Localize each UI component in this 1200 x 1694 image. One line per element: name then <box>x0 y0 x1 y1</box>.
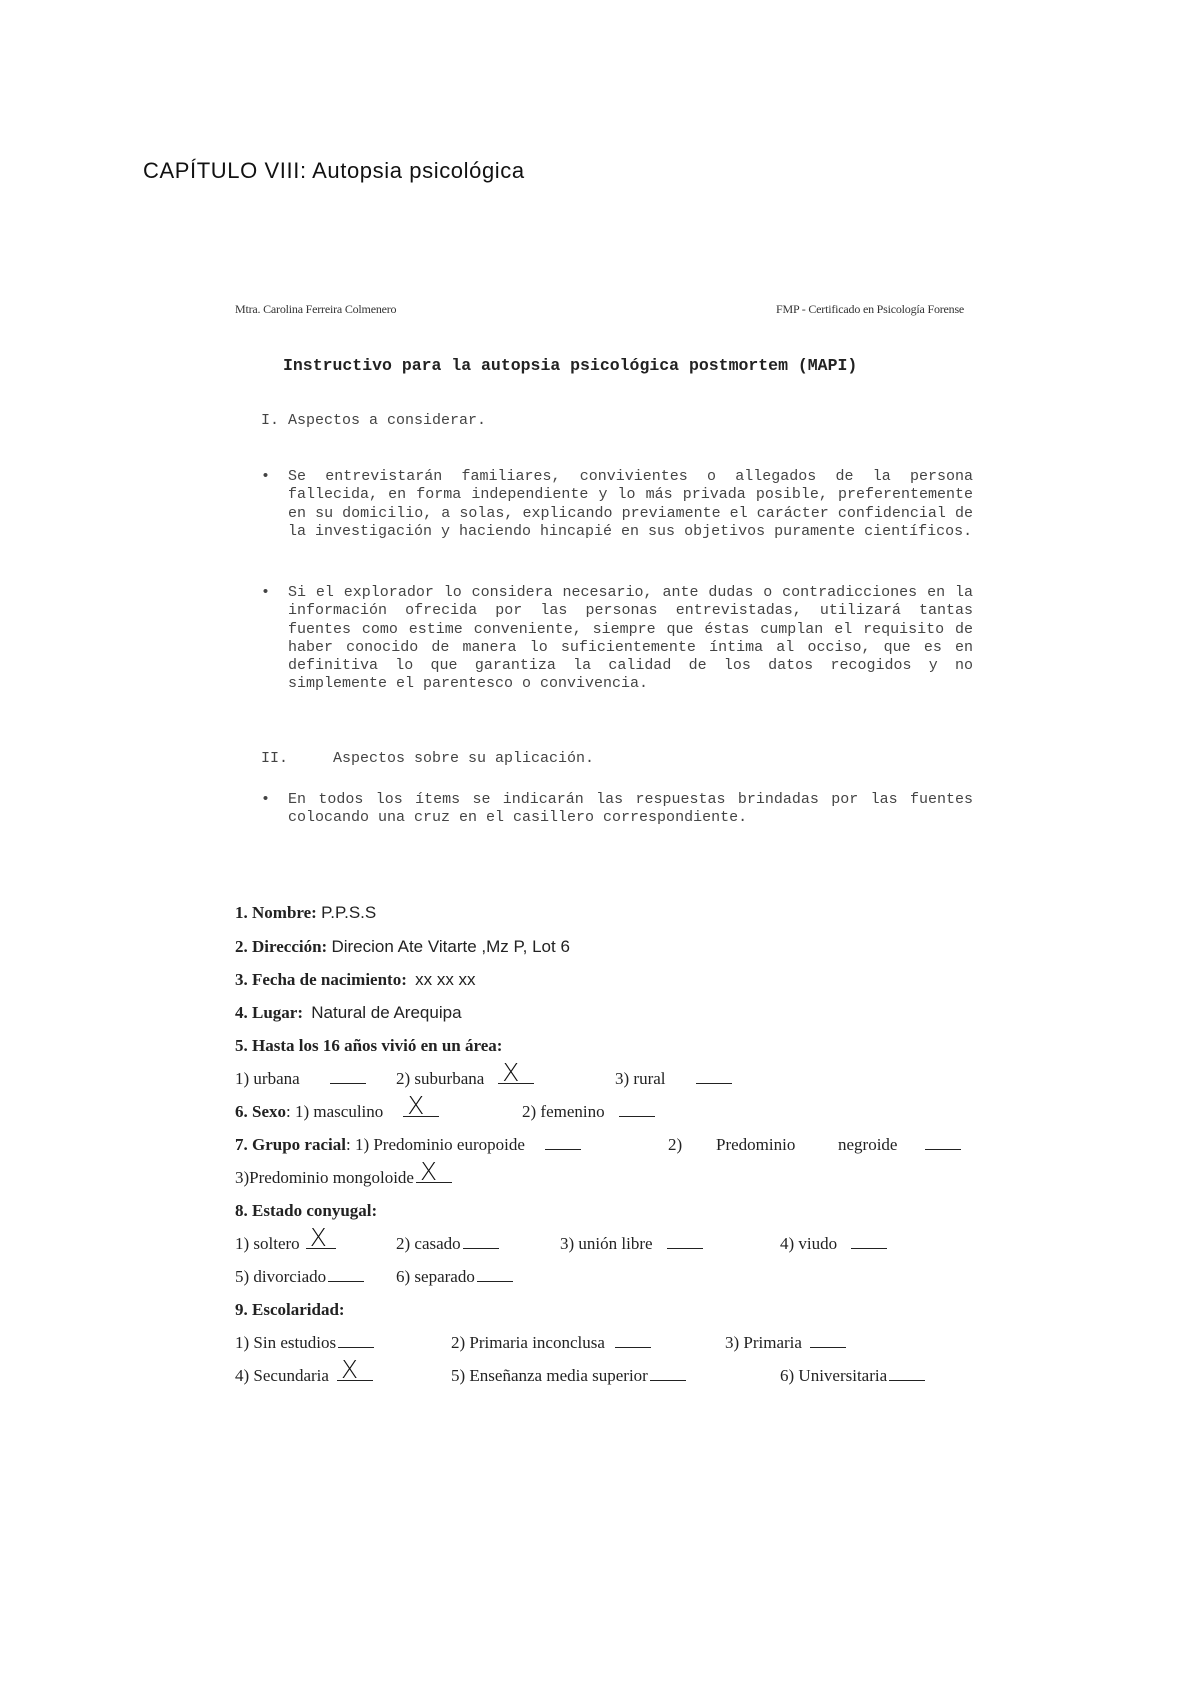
bullet-text: Si el explorador lo considera necesario,… <box>288 584 973 694</box>
option-primaria[interactable]: 3) Primaria <box>725 1333 846 1353</box>
option-label: 1) Sin estudios <box>235 1333 336 1352</box>
option-label: 2) Primaria inconclusa <box>451 1333 605 1352</box>
field-lugar: 4. Lugar: Natural de Arequipa <box>235 1003 462 1023</box>
option-label: negroide <box>838 1135 897 1154</box>
option-primaria-inconclusa[interactable]: 2) Primaria inconclusa <box>451 1333 651 1353</box>
option-viudo[interactable]: 4) viudo <box>780 1234 887 1254</box>
option-label: 2) casado <box>396 1234 461 1253</box>
option-label: 2) suburbana <box>396 1069 484 1088</box>
option-urbana[interactable]: 1) urbana <box>235 1069 366 1089</box>
field-escolaridad-label: 9. Escolaridad: <box>235 1300 345 1320</box>
checkbox-blank[interactable] <box>650 1366 686 1381</box>
option-label: 3) rural <box>615 1069 666 1088</box>
field-fecha-nacimiento: 3. Fecha de nacimiento: xx xx xx <box>235 970 476 990</box>
document-header-author: Mtra. Carolina Ferreira Colmenero <box>235 302 396 317</box>
checkbox-blank[interactable] <box>851 1234 887 1249</box>
option-label: : 1) masculino <box>286 1102 383 1121</box>
section-heading-aspectos-aplicacion: II. Aspectos sobre su aplicación. <box>261 750 594 768</box>
option-label: 3) unión libre <box>560 1234 653 1253</box>
option-label: 2) femenino <box>522 1102 605 1121</box>
checkbox-blank[interactable] <box>889 1366 925 1381</box>
document-title: Instructivo para la autopsia psicológica… <box>283 356 857 375</box>
bullet-text: En todos los ítems se indicarán las resp… <box>288 791 973 828</box>
checkbox-x-marked-icon[interactable] <box>306 1234 336 1249</box>
checkbox-blank[interactable] <box>667 1234 703 1249</box>
checkbox-blank[interactable] <box>338 1333 374 1348</box>
checkbox-x-marked-icon[interactable] <box>337 1366 373 1381</box>
checkbox-x-marked-icon[interactable] <box>498 1069 534 1084</box>
field-label: 1. Nombre: <box>235 903 317 922</box>
checkbox-blank[interactable] <box>463 1234 499 1249</box>
field-sexo: 6. Sexo: 1) masculino <box>235 1102 439 1122</box>
option-label: 5) Enseñanza media superior <box>451 1366 648 1385</box>
field-label: 5. Hasta los 16 años vivió en un área: <box>235 1036 502 1055</box>
checkbox-blank[interactable] <box>925 1135 961 1150</box>
checkbox-blank[interactable] <box>810 1333 846 1348</box>
option-casado[interactable]: 2) casado <box>396 1234 499 1254</box>
option-negroide-word[interactable]: negroide <box>838 1135 961 1155</box>
field-label: 3. Fecha de nacimiento: <box>235 970 407 989</box>
option-label: 3)Predominio mongoloide <box>235 1168 414 1187</box>
option-label: 4) Secundaria <box>235 1366 329 1385</box>
field-estado-conyugal-label: 8. Estado conyugal: <box>235 1201 377 1221</box>
option-soltero[interactable]: 1) soltero <box>235 1234 336 1254</box>
bullet-icon: • <box>261 584 270 602</box>
field-nombre: 1. Nombre: P.P.S.S <box>235 903 376 923</box>
field-label: 2. Dirección: <box>235 937 327 956</box>
option-label: Predominio <box>716 1135 795 1154</box>
lugar-value[interactable]: Natural de Arequipa <box>311 1003 461 1022</box>
field-direccion: 2. Dirección: Direcion Ate Vitarte ,Mz P… <box>235 937 570 957</box>
checkbox-x-marked-icon[interactable] <box>403 1102 439 1117</box>
checkbox-blank[interactable] <box>477 1267 513 1282</box>
bullet-text: Se entrevistarán familiares, conviviente… <box>288 468 973 541</box>
direccion-value[interactable]: Direcion Ate Vitarte ,Mz P, Lot 6 <box>331 937 569 956</box>
field-grupo-racial: 7. Grupo racial: 1) Predominio europoide <box>235 1135 581 1155</box>
option-negroide-number: 2) <box>668 1135 682 1155</box>
checkbox-blank[interactable] <box>545 1135 581 1150</box>
nombre-value[interactable]: P.P.S.S <box>321 903 376 922</box>
option-mongoloide[interactable]: 3)Predominio mongoloide <box>235 1168 452 1188</box>
field-label: 8. Estado conyugal: <box>235 1201 377 1220</box>
option-femenino[interactable]: 2) femenino <box>522 1102 655 1122</box>
option-ensenanza-media-superior[interactable]: 5) Enseñanza media superior <box>451 1366 686 1386</box>
checkbox-blank[interactable] <box>330 1069 366 1084</box>
option-separado[interactable]: 6) separado <box>396 1267 513 1287</box>
option-label: 3) Primaria <box>725 1333 802 1352</box>
option-label: 1) urbana <box>235 1069 300 1088</box>
checkbox-x-marked-icon[interactable] <box>416 1168 452 1183</box>
option-rural[interactable]: 3) rural <box>615 1069 732 1089</box>
field-label: 9. Escolaridad: <box>235 1300 345 1319</box>
option-label: 6) Universitaria <box>780 1366 887 1385</box>
checkbox-blank[interactable] <box>619 1102 655 1117</box>
option-universitaria[interactable]: 6) Universitaria <box>780 1366 925 1386</box>
option-union-libre[interactable]: 3) unión libre <box>560 1234 703 1254</box>
bullet-icon: • <box>261 468 270 486</box>
document-header-course: FMP - Certificado en Psicología Forense <box>776 302 964 317</box>
option-divorciado[interactable]: 5) divorciado <box>235 1267 364 1287</box>
option-suburbana[interactable]: 2) suburbana <box>396 1069 534 1089</box>
option-label: : 1) Predominio europoide <box>346 1135 525 1154</box>
field-label: 6. Sexo <box>235 1102 286 1121</box>
option-label: 5) divorciado <box>235 1267 326 1286</box>
fecha-value[interactable]: xx xx xx <box>415 970 475 989</box>
option-label: 6) separado <box>396 1267 475 1286</box>
option-secundaria[interactable]: 4) Secundaria <box>235 1366 373 1386</box>
option-label: 2) <box>668 1135 682 1154</box>
option-label: 1) soltero <box>235 1234 300 1253</box>
checkbox-blank[interactable] <box>615 1333 651 1348</box>
section-heading-aspectos-considerar: I. Aspectos a considerar. <box>261 412 486 430</box>
checkbox-blank[interactable] <box>328 1267 364 1282</box>
chapter-title: CAPÍTULO VIII: Autopsia psicológica <box>143 158 525 184</box>
field-area-label: 5. Hasta los 16 años vivió en un área: <box>235 1036 502 1056</box>
bullet-icon: • <box>261 791 270 809</box>
field-label: 7. Grupo racial <box>235 1135 346 1154</box>
option-label: 4) viudo <box>780 1234 837 1253</box>
option-sin-estudios[interactable]: 1) Sin estudios <box>235 1333 374 1353</box>
option-negroide[interactable]: Predominio <box>716 1135 795 1155</box>
field-label: 4. Lugar: <box>235 1003 303 1022</box>
checkbox-blank[interactable] <box>696 1069 732 1084</box>
